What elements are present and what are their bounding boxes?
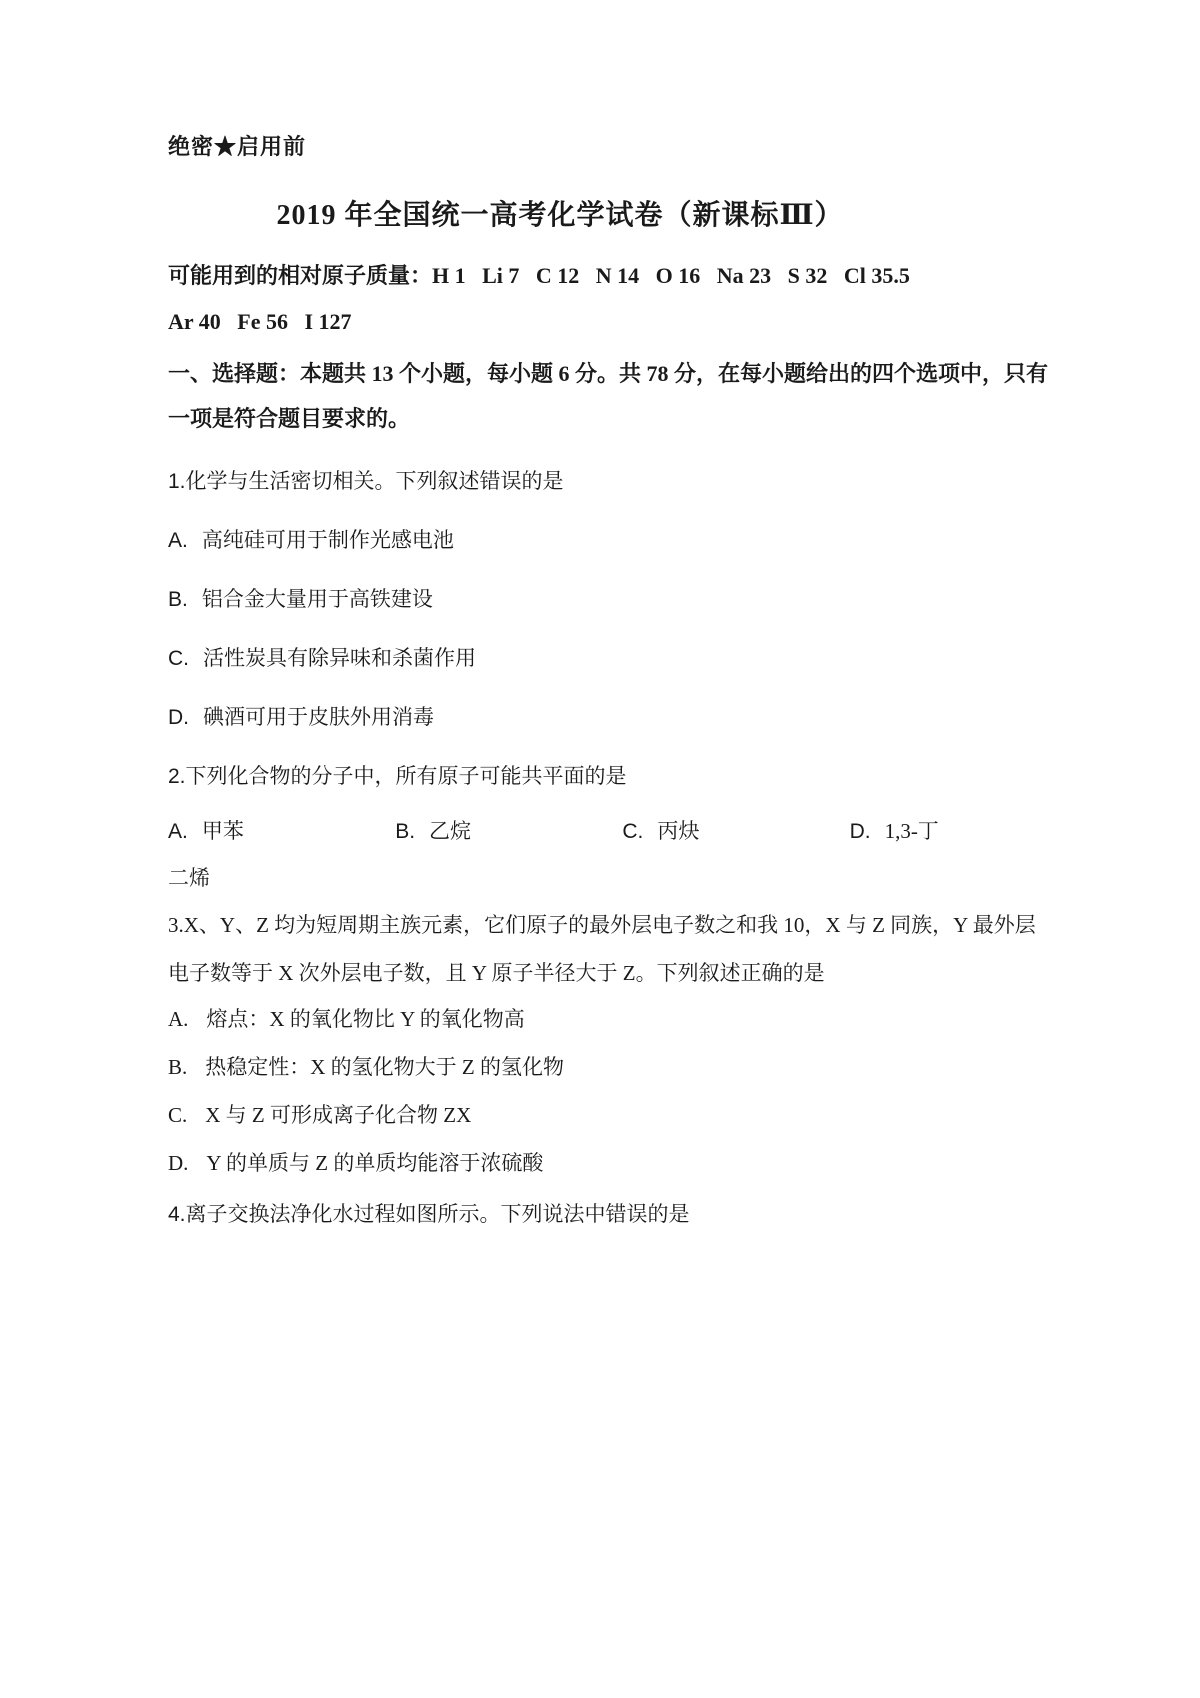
- option-text: 高纯硅可用于制作光感电池: [202, 528, 454, 552]
- question-1: 1.化学与生活密切相关。下列叙述错误的是 A.高纯硅可用于制作光感电池 B.铝合…: [168, 467, 1052, 732]
- section-instruction: 一、选择题：本题共 13 个小题，每小题 6 分。共 78 分，在每小题给出的四…: [168, 351, 1052, 441]
- option-label: D.: [850, 817, 871, 846]
- option-label: B.: [168, 585, 188, 614]
- question-3-stem: 3.X、Y、Z 均为短周期主族元素，它们原子的最外层电子数之和我 10，X 与 …: [168, 901, 1052, 997]
- question-2-option-a: A.甲苯: [168, 817, 395, 846]
- option-text: 1,3-丁: [885, 819, 939, 843]
- question-stem-text: 化学与生活密切相关。下列叙述错误的是: [186, 469, 564, 493]
- question-number: 4.: [168, 1203, 186, 1226]
- question-1-option-a: A.高纯硅可用于制作光感电池: [168, 526, 1052, 555]
- question-number: 1.: [168, 470, 186, 493]
- option-label: D.: [168, 703, 189, 732]
- atomic-mass-line-1: 可能用到的相对原子质量：H 1 Li 7 C 12 N 14 O 16 Na 2…: [168, 261, 1052, 291]
- question-number: 3.: [168, 913, 184, 937]
- option-label: C.: [168, 1101, 187, 1130]
- secrecy-header: 绝密★启用前: [168, 130, 1052, 161]
- option-label: A.: [168, 526, 188, 555]
- option-text: 甲苯: [202, 819, 244, 843]
- option-text: X 与 Z 可形成离子化合物 ZX: [205, 1103, 471, 1127]
- question-2-stem: 2.下列化合物的分子中，所有原子可能共平面的是: [168, 762, 1052, 791]
- question-stem-text: 离子交换法净化水过程如图所示。下列说法中错误的是: [186, 1202, 690, 1226]
- question-2-option-c: C.丙炔: [622, 817, 849, 846]
- question-1-option-d: D.碘酒可用于皮肤外用消毒: [168, 703, 1052, 732]
- option-label: A.: [168, 817, 188, 846]
- page-title: 2019 年全国统一高考化学试卷（新课标Ⅲ）: [168, 193, 1052, 233]
- option-label: D.: [168, 1149, 188, 1178]
- question-2-option-d-continuation: 二烯: [168, 864, 1052, 893]
- question-3-option-b: B.热稳定性：X 的氢化物大于 Z 的氢化物: [168, 1053, 1052, 1082]
- question-1-option-b: B.铝合金大量用于高铁建设: [168, 585, 1052, 614]
- option-text: Y 的单质与 Z 的单质均能溶于浓硫酸: [206, 1151, 543, 1175]
- question-stem-text: X、Y、Z 均为短周期主族元素，它们原子的最外层电子数之和我 10，X 与 Z …: [168, 913, 1036, 985]
- question-2-option-d: D.1,3-丁: [850, 817, 1052, 846]
- question-4: 4.离子交换法净化水过程如图所示。下列说法中错误的是: [168, 1200, 1052, 1229]
- question-3-option-d: D.Y 的单质与 Z 的单质均能溶于浓硫酸: [168, 1149, 1052, 1178]
- option-label: C.: [622, 817, 643, 846]
- option-text: 熔点：X 的氧化物比 Y 的氧化物高: [206, 1007, 524, 1031]
- question-3-option-a: A.熔点：X 的氧化物比 Y 的氧化物高: [168, 1005, 1052, 1034]
- question-2-options-row: A.甲苯 B.乙烷 C.丙炔 D.1,3-丁: [168, 817, 1052, 846]
- question-1-stem: 1.化学与生活密切相关。下列叙述错误的是: [168, 467, 1052, 496]
- question-2-option-b: B.乙烷: [395, 817, 622, 846]
- option-text: 铝合金大量用于高铁建设: [202, 587, 433, 611]
- option-label: C.: [168, 644, 189, 673]
- question-2: 2.下列化合物的分子中，所有原子可能共平面的是 A.甲苯 B.乙烷 C.丙炔 D…: [168, 762, 1052, 893]
- option-text: 乙烷: [429, 819, 471, 843]
- option-text: 丙炔: [657, 819, 699, 843]
- option-text: 热稳定性：X 的氢化物大于 Z 的氢化物: [205, 1055, 564, 1079]
- atomic-mass-line-2: Ar 40 Fe 56 I 127: [168, 307, 1052, 337]
- question-1-option-c: C.活性炭具有除异味和杀菌作用: [168, 644, 1052, 673]
- option-label: A.: [168, 1005, 188, 1034]
- option-text: 活性炭具有除异味和杀菌作用: [203, 646, 476, 670]
- option-label: B.: [168, 1053, 187, 1082]
- question-3-option-c: C.X 与 Z 可形成离子化合物 ZX: [168, 1101, 1052, 1130]
- exam-paper-page: 绝密★启用前 2019 年全国统一高考化学试卷（新课标Ⅲ） 可能用到的相对原子质…: [0, 0, 1200, 1698]
- question-number: 2.: [168, 765, 186, 788]
- question-3: 3.X、Y、Z 均为短周期主族元素，它们原子的最外层电子数之和我 10，X 与 …: [168, 901, 1052, 1178]
- option-text: 碘酒可用于皮肤外用消毒: [203, 705, 434, 729]
- question-stem-text: 下列化合物的分子中，所有原子可能共平面的是: [186, 764, 627, 788]
- option-label: B.: [395, 817, 415, 846]
- question-4-stem: 4.离子交换法净化水过程如图所示。下列说法中错误的是: [168, 1200, 1052, 1229]
